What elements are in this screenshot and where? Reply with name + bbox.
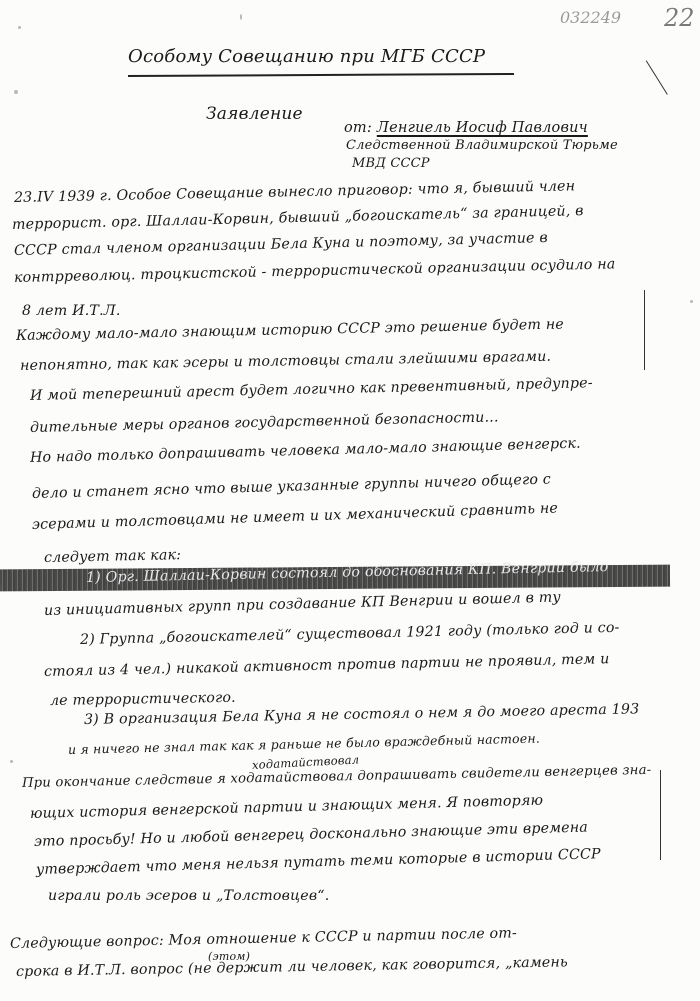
body-line: террорист. орг. Шаллаи-Корвин, бывший „б…: [12, 203, 584, 233]
document-page: 032249 22 Особому Совещанию при МГБ СССР…: [0, 0, 700, 1001]
scan-speck: [240, 14, 242, 20]
addressee-title: Особому Совещанию при МГБ СССР: [128, 46, 485, 67]
scan-speck: [18, 26, 21, 29]
body-line: 2) Группа „богоискателей“ существовал 19…: [80, 620, 620, 648]
sender-name: Ленгиель Иосиф Павлович: [377, 120, 588, 136]
archive-number: 032249: [560, 8, 621, 27]
body-line: Следующие вопрос: Моя отношение к СССР и…: [10, 925, 517, 952]
body-line: ле террористического.: [50, 690, 236, 709]
body-line: следует так как:: [44, 547, 182, 566]
body-line: Каждому мало-мало знающим историю СССР э…: [16, 317, 564, 344]
sender-location: Следственной Владимирской Тюрьме: [346, 138, 618, 153]
sender-agency: МВД СССР: [352, 156, 430, 171]
body-line: и я ничего не знал так как я раньше не б…: [68, 730, 540, 757]
scan-speck: [10, 760, 13, 763]
body-line: непонятно, так как эсеры и толстовцы ста…: [20, 349, 551, 374]
from-label: от:: [344, 120, 372, 136]
margin-bracket: [640, 290, 645, 370]
body-line: контрреволюц. троцкистской - террористич…: [14, 256, 616, 286]
body-line: 23.IV 1939 г. Особое Совещание вынесло п…: [14, 178, 576, 206]
body-line: дело и станет ясно что выше указанные гр…: [32, 472, 551, 502]
body-line: утверждает что меня нельзя путать теми к…: [36, 846, 601, 878]
body-line: СССР стал членом организации Бела Куна и…: [14, 230, 548, 259]
sender-name-line: от: Ленгиель Иосиф Павлович: [344, 120, 588, 136]
body-line: играли роль эсеров и „Толстовцев“.: [48, 888, 329, 904]
body-line: срока в И.Т.Л. вопрос (не держит ли чело…: [16, 954, 568, 980]
page-number: 22: [664, 4, 695, 32]
scan-speck: [14, 90, 18, 94]
body-line: И мой теперешний арест будет логично как…: [30, 375, 593, 404]
corner-mark: [645, 60, 667, 95]
body-line: дительные меры органов государственной б…: [30, 409, 499, 436]
body-line: эсерами и толстовцами не имеет и их меха…: [32, 500, 559, 533]
margin-bracket: [656, 770, 661, 860]
body-line: из инициативных групп при создавание КП …: [44, 589, 561, 619]
title-underline: [128, 73, 514, 77]
document-heading: Заявление: [206, 104, 303, 124]
body-line: стоял из 4 чел.) никакой активност проти…: [44, 651, 610, 680]
scan-speck: [690, 300, 693, 303]
body-line: 8 лет И.Т.Л.: [22, 303, 121, 319]
body-line: это просьбу! Но и любой венгерец доскона…: [34, 819, 588, 850]
body-line: ющих история венгерской партии и знающих…: [30, 793, 544, 822]
body-line: Но надо только допрашивать человека мало…: [30, 436, 581, 466]
